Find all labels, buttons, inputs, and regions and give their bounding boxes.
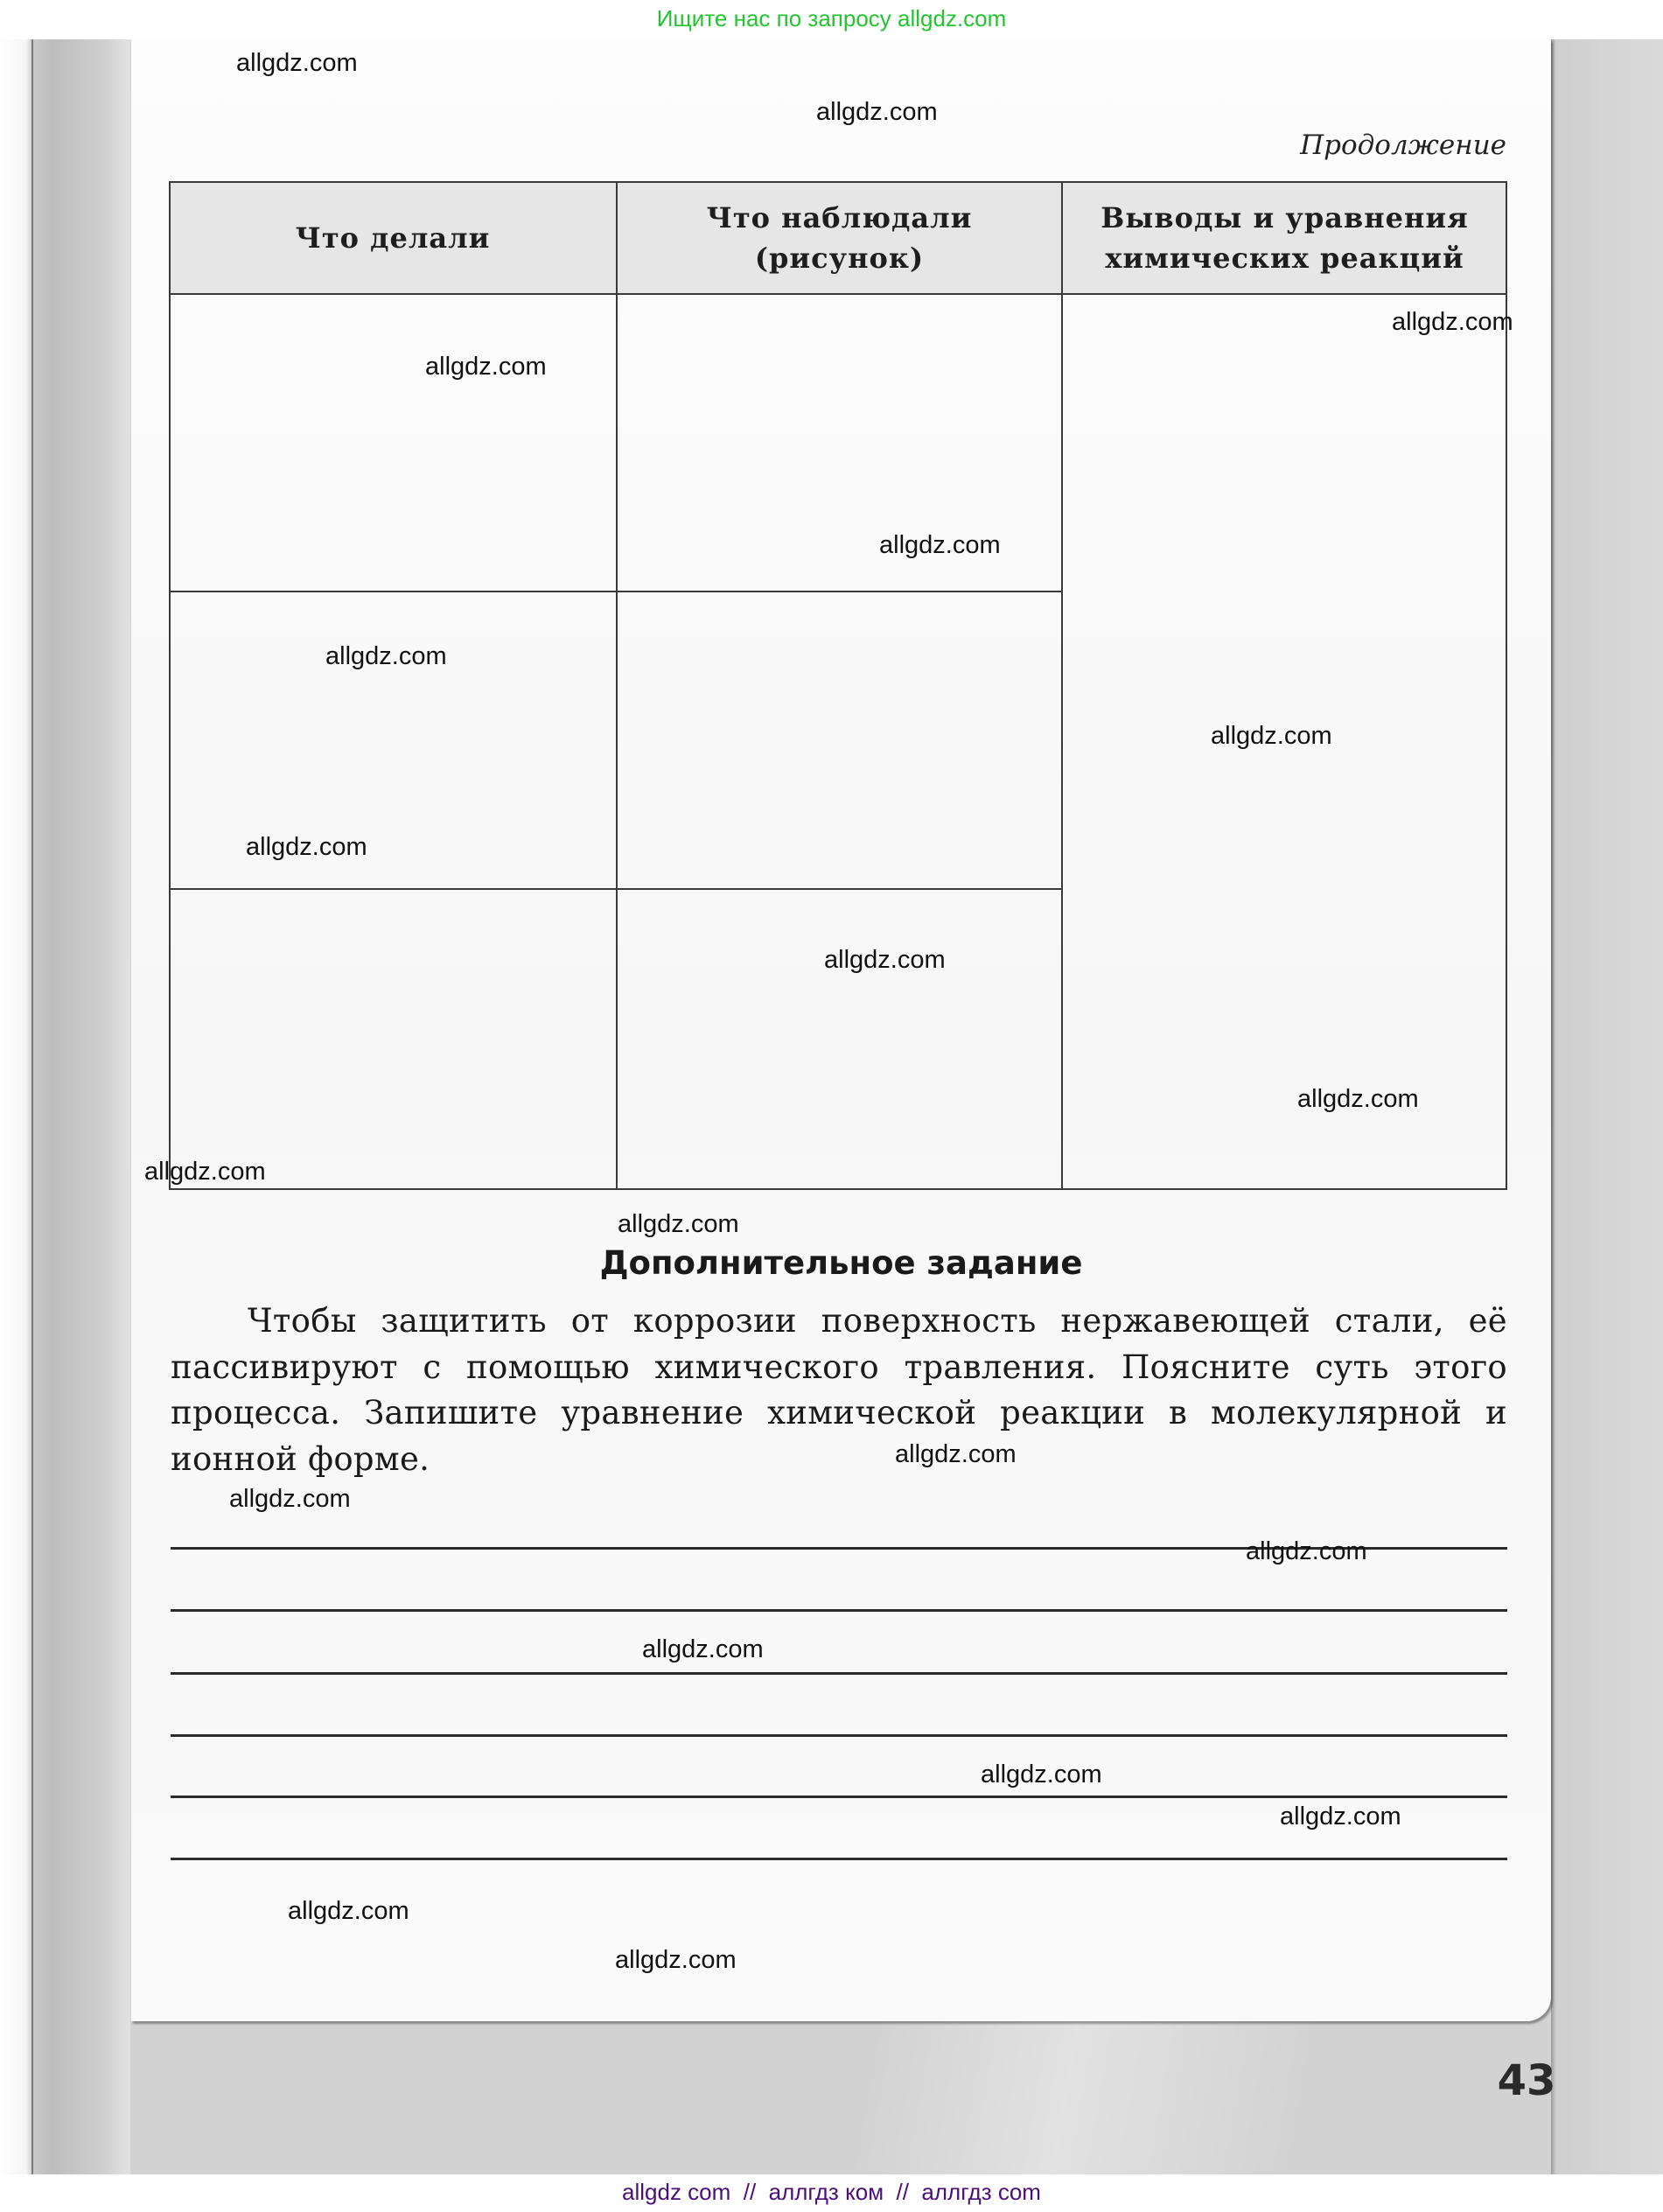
next-page-edge [1551, 39, 1663, 2174]
watermark: allgdz.com [425, 353, 547, 381]
header-conclusions: Выводы и уравнения химических реакций [1062, 181, 1507, 295]
observation-table: Что делали Что наблюдали (рисунок) Вывод… [169, 181, 1507, 1190]
answer-line-6[interactable] [171, 1858, 1507, 1860]
banner-text: Ищите нас по запросу allgdz.com [657, 5, 1007, 31]
footer: allgdz com // аллгдз ком // аллгдз com [0, 2174, 1663, 2212]
watermark: allgdz.com [981, 1760, 1102, 1789]
watermark: allgdz.com [1392, 308, 1513, 337]
cell-what-done-2[interactable] [171, 592, 616, 888]
watermark: allgdz.com [236, 49, 358, 78]
answer-line-4[interactable] [171, 1734, 1507, 1737]
book-spine-edge [31, 39, 33, 2174]
watermark: allgdz.com [816, 98, 938, 127]
watermark: allgdz.com [1297, 1085, 1419, 1114]
header-what-done: Что делали [169, 181, 617, 295]
watermark: allgdz.com [144, 1158, 266, 1186]
extra-task-text: Чтобы защитить от коррозии поверхность н… [171, 1298, 1507, 1482]
top-banner: Ищите нас по запросу allgdz.com [0, 0, 1663, 39]
watermark: allgdz.com [618, 1210, 739, 1239]
watermark: allgdz.com [642, 1635, 764, 1664]
cell-what-done-1[interactable] [171, 295, 616, 591]
page-number: 43 [1487, 2056, 1566, 2105]
extra-task-heading: Дополнительное задание [131, 1244, 1551, 1282]
cell-what-done-3[interactable] [171, 890, 616, 1188]
watermark: allgdz.com [1280, 1802, 1401, 1831]
answer-line-5[interactable] [171, 1795, 1507, 1798]
answer-line-2[interactable] [171, 1609, 1507, 1612]
watermark: allgdz.com [615, 1946, 737, 1975]
continuation-label: Продолжение [1286, 129, 1506, 161]
cell-observed-3[interactable] [618, 890, 1061, 1188]
watermark: allgdz.com [246, 833, 367, 862]
header-observed: Что наблюдали (рисунок) [617, 181, 1062, 295]
answer-line-3[interactable] [171, 1672, 1507, 1675]
watermark: allgdz.com [1211, 722, 1332, 751]
watermark: allgdz.com [229, 1485, 351, 1514]
cell-observed-2[interactable] [618, 592, 1061, 888]
watermark: allgdz.com [288, 1897, 409, 1926]
watermark: allgdz.com [824, 946, 946, 975]
footer-text: allgdz com // аллгдз ком // аллгдз com [622, 2179, 1041, 2205]
watermark: allgdz.com [325, 642, 447, 671]
watermark: allgdz.com [895, 1440, 1017, 1469]
table-border-bottom [169, 1188, 1507, 1190]
watermark: allgdz.com [1246, 1537, 1367, 1566]
watermark: allgdz.com [879, 531, 1001, 560]
